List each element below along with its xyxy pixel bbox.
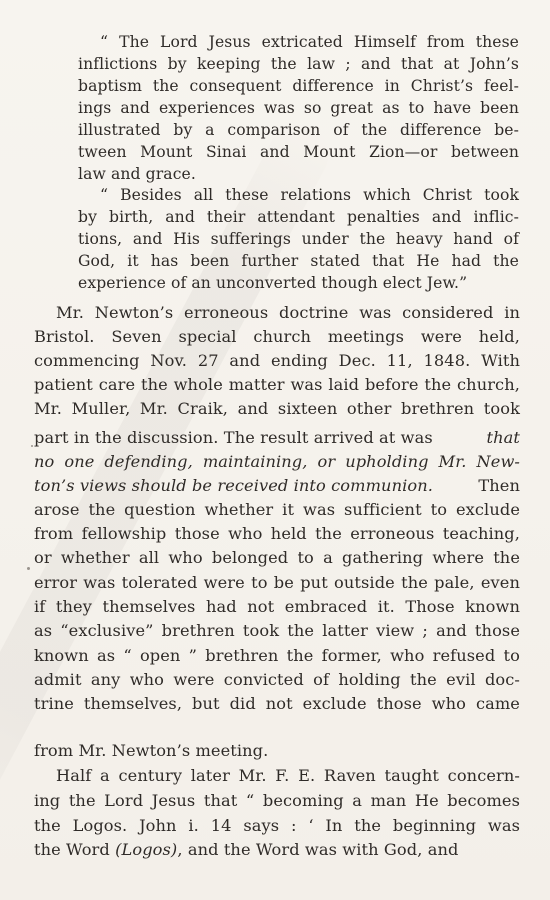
quote-line: inflictions by keeping the law ; and tha… bbox=[78, 53, 519, 75]
quote-line: by birth, and their attendant penalties … bbox=[78, 206, 519, 228]
body-line: or whether all who belonged to a gatheri… bbox=[34, 547, 520, 569]
body-line: Bristol. Seven special church meetings w… bbox=[34, 326, 520, 348]
book-page: “ The Lord Jesus extricated Himself from… bbox=[0, 0, 550, 900]
body-line: ing the Lord Jesus that “ becoming a man… bbox=[34, 790, 520, 812]
body-line: arose the question whether it was suffic… bbox=[34, 499, 520, 521]
quote-line: tween Mount Sinai and Mount Zion—or betw… bbox=[78, 141, 519, 163]
body-line-mixed: part in the discussion. The result arriv… bbox=[34, 427, 520, 449]
emphasis-line: no one defending, maintaining, or uphold… bbox=[34, 451, 520, 473]
body-line: the Logos. John i. 14 says : ‘ In the be… bbox=[34, 815, 520, 837]
body-line: commencing Nov. 27 and ending Dec. 11, 1… bbox=[34, 350, 520, 372]
body-line: as “exclusive” brethren took the latter … bbox=[34, 620, 520, 642]
body-text: part in the discussion. The result arriv… bbox=[34, 428, 433, 447]
paper-speck bbox=[27, 567, 30, 570]
body-line: patient care the whole matter was laid b… bbox=[34, 374, 520, 396]
body-line: if they themselves had not embraced it. … bbox=[34, 596, 520, 618]
quote-line: “ Besides all these relations which Chri… bbox=[100, 184, 519, 206]
body-line-mixed: ton’s views should be received into comm… bbox=[34, 475, 520, 497]
body-line: from Mr. Newton’s meeting. bbox=[34, 740, 268, 762]
body-line: admit any who were convicted of holding … bbox=[34, 669, 520, 691]
body-line: error was tolerated were to be put outsi… bbox=[34, 572, 520, 594]
body-line: Mr. Muller, Mr. Craik, and sixteen other… bbox=[34, 398, 520, 420]
emphasis-text: ton’s views should be received into comm… bbox=[34, 476, 433, 495]
paper-speck bbox=[31, 445, 33, 447]
quote-line: “ The Lord Jesus extricated Himself from… bbox=[100, 31, 519, 53]
body-text: Then bbox=[478, 475, 520, 497]
body-line: Mr. Newton’s erroneous doctrine was cons… bbox=[56, 302, 520, 324]
quote-line: law and grace. bbox=[78, 163, 196, 185]
body-line: known as “ open ” brethren the former, w… bbox=[34, 645, 520, 667]
body-line-mixed: the Word (Logos), and the Word was with … bbox=[34, 839, 520, 861]
body-line: from fellowship those who held the erron… bbox=[34, 523, 520, 545]
quote-line: experience of an unconverted though elec… bbox=[78, 272, 467, 294]
body-text: , and the Word was with God, and bbox=[177, 840, 458, 859]
quote-line: illustrated by a comparison of the diffe… bbox=[78, 119, 519, 141]
quote-line: God, it has been further stated that He … bbox=[78, 250, 519, 272]
quote-line: ings and experiences was so great as to … bbox=[78, 97, 519, 119]
body-line: Half a century later Mr. F. E. Raven tau… bbox=[56, 765, 520, 787]
quote-line: baptism the consequent difference in Chr… bbox=[78, 75, 519, 97]
emphasis-text: (Logos) bbox=[115, 840, 177, 859]
quote-line: tions, and His sufferings under the heav… bbox=[78, 228, 519, 250]
body-line: trine themselves, but did not exclude th… bbox=[34, 693, 520, 715]
emphasis-text: that bbox=[487, 427, 521, 449]
body-text: the Word bbox=[34, 840, 110, 859]
